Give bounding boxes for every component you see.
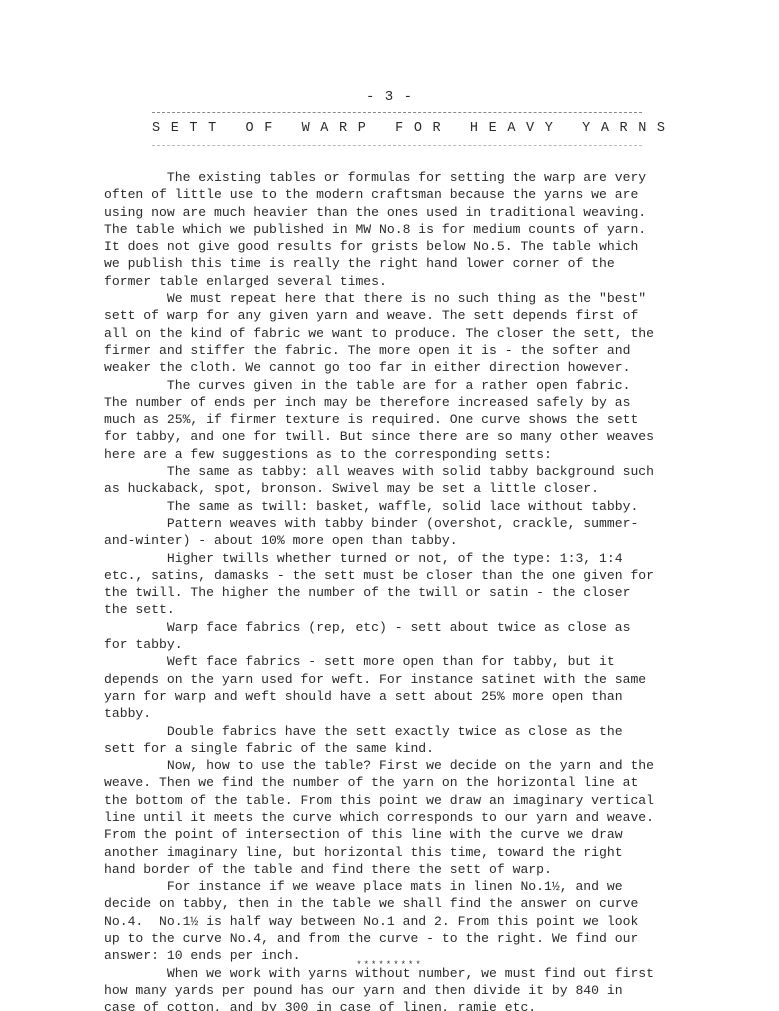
text-line: tabby. <box>104 705 704 722</box>
text-line: The number of ends per inch may be there… <box>104 394 704 411</box>
paragraph: Pattern weaves with tabby binder (oversh… <box>104 515 704 550</box>
text-line: No.4. No.1½ is half way between No.1 and… <box>104 913 704 930</box>
text-line: another imaginary line, but horizontal t… <box>104 844 704 861</box>
text-line: for tabby, and one for twill. But since … <box>104 428 704 445</box>
text-line: here are a few suggestions as to the cor… <box>104 446 704 463</box>
text-line: Pattern weaves with tabby binder (oversh… <box>104 515 704 532</box>
paragraph: The existing tables or formulas for sett… <box>104 169 704 290</box>
text-line: From the point of intersection of this l… <box>104 826 704 843</box>
text-line: The curves given in the table are for a … <box>104 377 704 394</box>
text-line: former table enlarged several times. <box>104 273 704 290</box>
text-line: Weft face fabrics - sett more open than … <box>104 653 704 670</box>
text-line: etc., satins, damasks - the sett must be… <box>104 567 704 584</box>
end-mark: ********* <box>0 960 779 970</box>
text-line: line until it meets the curve which corr… <box>104 809 704 826</box>
text-line: and-winter) - about 10% more open than t… <box>104 532 704 549</box>
page-title: SETT OF WARP FOR HEAVY YARNS <box>152 121 642 136</box>
paragraph: Now, how to use the table? First we deci… <box>104 757 704 878</box>
text-line: case of cotton, and by 300 in case of li… <box>104 999 704 1011</box>
text-line: We must repeat here that there is no suc… <box>104 290 704 307</box>
text-line: decide on tabby, then in the table we sh… <box>104 895 704 912</box>
paragraph: Double fabrics have the sett exactly twi… <box>104 723 704 758</box>
paragraph: We must repeat here that there is no suc… <box>104 290 704 376</box>
text-line: The same as tabby: all weaves with solid… <box>104 463 704 480</box>
text-line: weaker the cloth. We cannot go too far i… <box>104 359 704 376</box>
text-line: the bottom of the table. From this point… <box>104 792 704 809</box>
text-line: as huckaback, spot, bronson. Swivel may … <box>104 480 704 497</box>
text-line: The same as twill: basket, waffle, solid… <box>104 498 704 515</box>
paragraph: Warp face fabrics (rep, etc) - sett abou… <box>104 619 704 654</box>
title-top-rule <box>152 112 642 113</box>
text-line: For instance if we weave place mats in l… <box>104 878 704 895</box>
page-number: - 3 - <box>0 89 779 105</box>
text-line: Warp face fabrics (rep, etc) - sett abou… <box>104 619 704 636</box>
text-line: for tabby. <box>104 636 704 653</box>
title-bottom-rule <box>152 145 642 146</box>
text-line: depends on the yarn used for weft. For i… <box>104 671 704 688</box>
text-line: the sett. <box>104 601 704 618</box>
text-line: The table which we published in MW No.8 … <box>104 221 704 238</box>
text-line: up to the curve No.4, and from the curve… <box>104 930 704 947</box>
paragraph: When we work with yarns without number, … <box>104 965 704 1011</box>
text-line: we publish this time is really the right… <box>104 255 704 272</box>
text-line: weave. Then we find the number of the ya… <box>104 774 704 791</box>
text-line: firmer and stiffer the fabric. The more … <box>104 342 704 359</box>
paragraph: Weft face fabrics - sett more open than … <box>104 653 704 722</box>
paragraph: The curves given in the table are for a … <box>104 377 704 463</box>
text-line: yarn for warp and weft should have a set… <box>104 688 704 705</box>
text-line: The existing tables or formulas for sett… <box>104 169 704 186</box>
paragraph: Higher twills whether turned or not, of … <box>104 550 704 619</box>
text-line: much as 25%, if firmer texture is requir… <box>104 411 704 428</box>
text-line: all on the kind of fabric we want to pro… <box>104 325 704 342</box>
article-body: The existing tables or formulas for sett… <box>104 169 704 1011</box>
text-line: Higher twills whether turned or not, of … <box>104 550 704 567</box>
text-line: sett for a single fabric of the same kin… <box>104 740 704 757</box>
paragraph: The same as twill: basket, waffle, solid… <box>104 498 704 515</box>
text-line: the twill. The higher the number of the … <box>104 584 704 601</box>
text-line: hand border of the table and find there … <box>104 861 704 878</box>
text-line: often of little use to the modern crafts… <box>104 186 704 203</box>
paragraph: The same as tabby: all weaves with solid… <box>104 463 704 498</box>
text-line: It does not give good results for grists… <box>104 238 704 255</box>
paragraph: For instance if we weave place mats in l… <box>104 878 704 964</box>
text-line: Double fabrics have the sett exactly twi… <box>104 723 704 740</box>
text-line: using now are much heavier than the ones… <box>104 204 704 221</box>
text-line: sett of warp for any given yarn and weav… <box>104 307 704 324</box>
text-line: how many yards per pound has our yarn an… <box>104 982 704 999</box>
text-line: Now, how to use the table? First we deci… <box>104 757 704 774</box>
